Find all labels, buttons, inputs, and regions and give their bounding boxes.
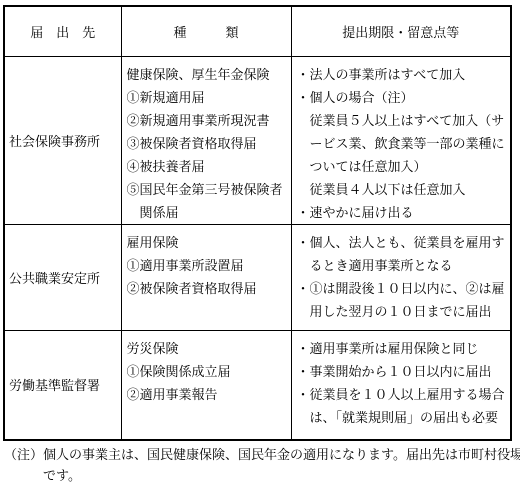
- text-line: 従業員５人以上はすべて加入（サ: [297, 109, 508, 132]
- text-line: は、「就業規則届」の届出も必要: [297, 406, 508, 429]
- text-line: 用した翌月の１０日までに届出: [297, 300, 508, 323]
- text-line: です。: [4, 465, 518, 486]
- text-line: ②新規適用事業所現況書: [127, 109, 288, 132]
- text-line: ・個人の場合（注）: [297, 86, 508, 109]
- notification-table: 届 出 先 種 類 提出期限・留意点等 社会保険事務所 健康保険、厚生年金保険①…: [3, 5, 512, 441]
- document-page: 届 出 先 種 類 提出期限・留意点等 社会保険事務所 健康保険、厚生年金保険①…: [0, 0, 520, 490]
- types-cell: 雇用保険①適用事業所設置届②被保険者資格取得届: [121, 224, 291, 330]
- header-deadline: 提出期限・留意点等: [291, 6, 511, 56]
- text-line: （注）個人の事業主は、国民健康保険、国民年金の適用になります。届出先は市町村役場: [4, 444, 518, 465]
- notes-cell: ・法人の事業所はすべて加入・個人の場合（注） 従業員５人以上はすべて加入（サ ー…: [291, 56, 511, 224]
- destination-cell: 社会保険事務所: [4, 56, 121, 224]
- text-line: ついては任意加入）: [297, 155, 508, 178]
- text-line: ①保険関係成立届: [127, 360, 288, 383]
- text-line: 従業員４人以下は任意加入: [297, 178, 508, 201]
- header-destination: 届 出 先: [4, 6, 121, 56]
- destination-cell: 公共職業安定所: [4, 224, 121, 330]
- text-line: 健康保険、厚生年金保険: [127, 63, 288, 86]
- text-line: 関係届: [127, 201, 288, 224]
- types-cell: 健康保険、厚生年金保険①新規適用届②新規適用事業所現況書③被保険者資格取得届④被…: [121, 56, 291, 224]
- header-type: 種 類: [121, 6, 291, 56]
- text-line: ・事業開始から１０日以内に届出: [297, 360, 508, 383]
- table-row-labor-standards-office: 労働基準監督署 労災保険①保険関係成立届②適用事業報告 ・適用事業所は雇用保険と…: [4, 330, 511, 440]
- text-line: るとき適用事業所となる: [297, 254, 508, 277]
- text-line: ②適用事業報告: [127, 383, 288, 406]
- header-row: 届 出 先 種 類 提出期限・留意点等: [4, 6, 511, 56]
- footnote: （注）個人の事業主は、国民健康保険、国民年金の適用になります。届出先は市町村役場…: [4, 444, 518, 486]
- text-line: ・従業員を１０人以上雇用する場合: [297, 383, 508, 406]
- notes-cell: ・適用事業所は雇用保険と同じ・事業開始から１０日以内に届出・従業員を１０人以上雇…: [291, 330, 511, 440]
- text-line: ・速やかに届け出る: [297, 201, 508, 224]
- text-line: ②被保険者資格取得届: [127, 277, 288, 300]
- types-cell: 労災保険①保険関係成立届②適用事業報告: [121, 330, 291, 440]
- text-line: ⑤国民年金第三号被保険者: [127, 178, 288, 201]
- text-line: ・個人、法人とも、従業員を雇用す: [297, 231, 508, 254]
- text-line: ービス業、飲食業等一部の業種に: [297, 132, 508, 155]
- text-line: ①適用事業所設置届: [127, 254, 288, 277]
- destination-cell: 労働基準監督署: [4, 330, 121, 440]
- text-line: ③被保険者資格取得届: [127, 132, 288, 155]
- text-line: ①新規適用届: [127, 86, 288, 109]
- text-line: ・法人の事業所はすべて加入: [297, 63, 508, 86]
- text-line: 労災保険: [127, 337, 288, 360]
- table-row-public-employment-office: 公共職業安定所 雇用保険①適用事業所設置届②被保険者資格取得届 ・個人、法人とも…: [4, 224, 511, 330]
- text-line: ・①は開設後１０日以内に、②は雇: [297, 277, 508, 300]
- text-line: 雇用保険: [127, 231, 288, 254]
- table-row-social-insurance-office: 社会保険事務所 健康保険、厚生年金保険①新規適用届②新規適用事業所現況書③被保険…: [4, 56, 511, 224]
- text-line: ④被扶養者届: [127, 155, 288, 178]
- notes-cell: ・個人、法人とも、従業員を雇用す るとき適用事業所となる・①は開設後１０日以内に…: [291, 224, 511, 330]
- text-line: ・適用事業所は雇用保険と同じ: [297, 337, 508, 360]
